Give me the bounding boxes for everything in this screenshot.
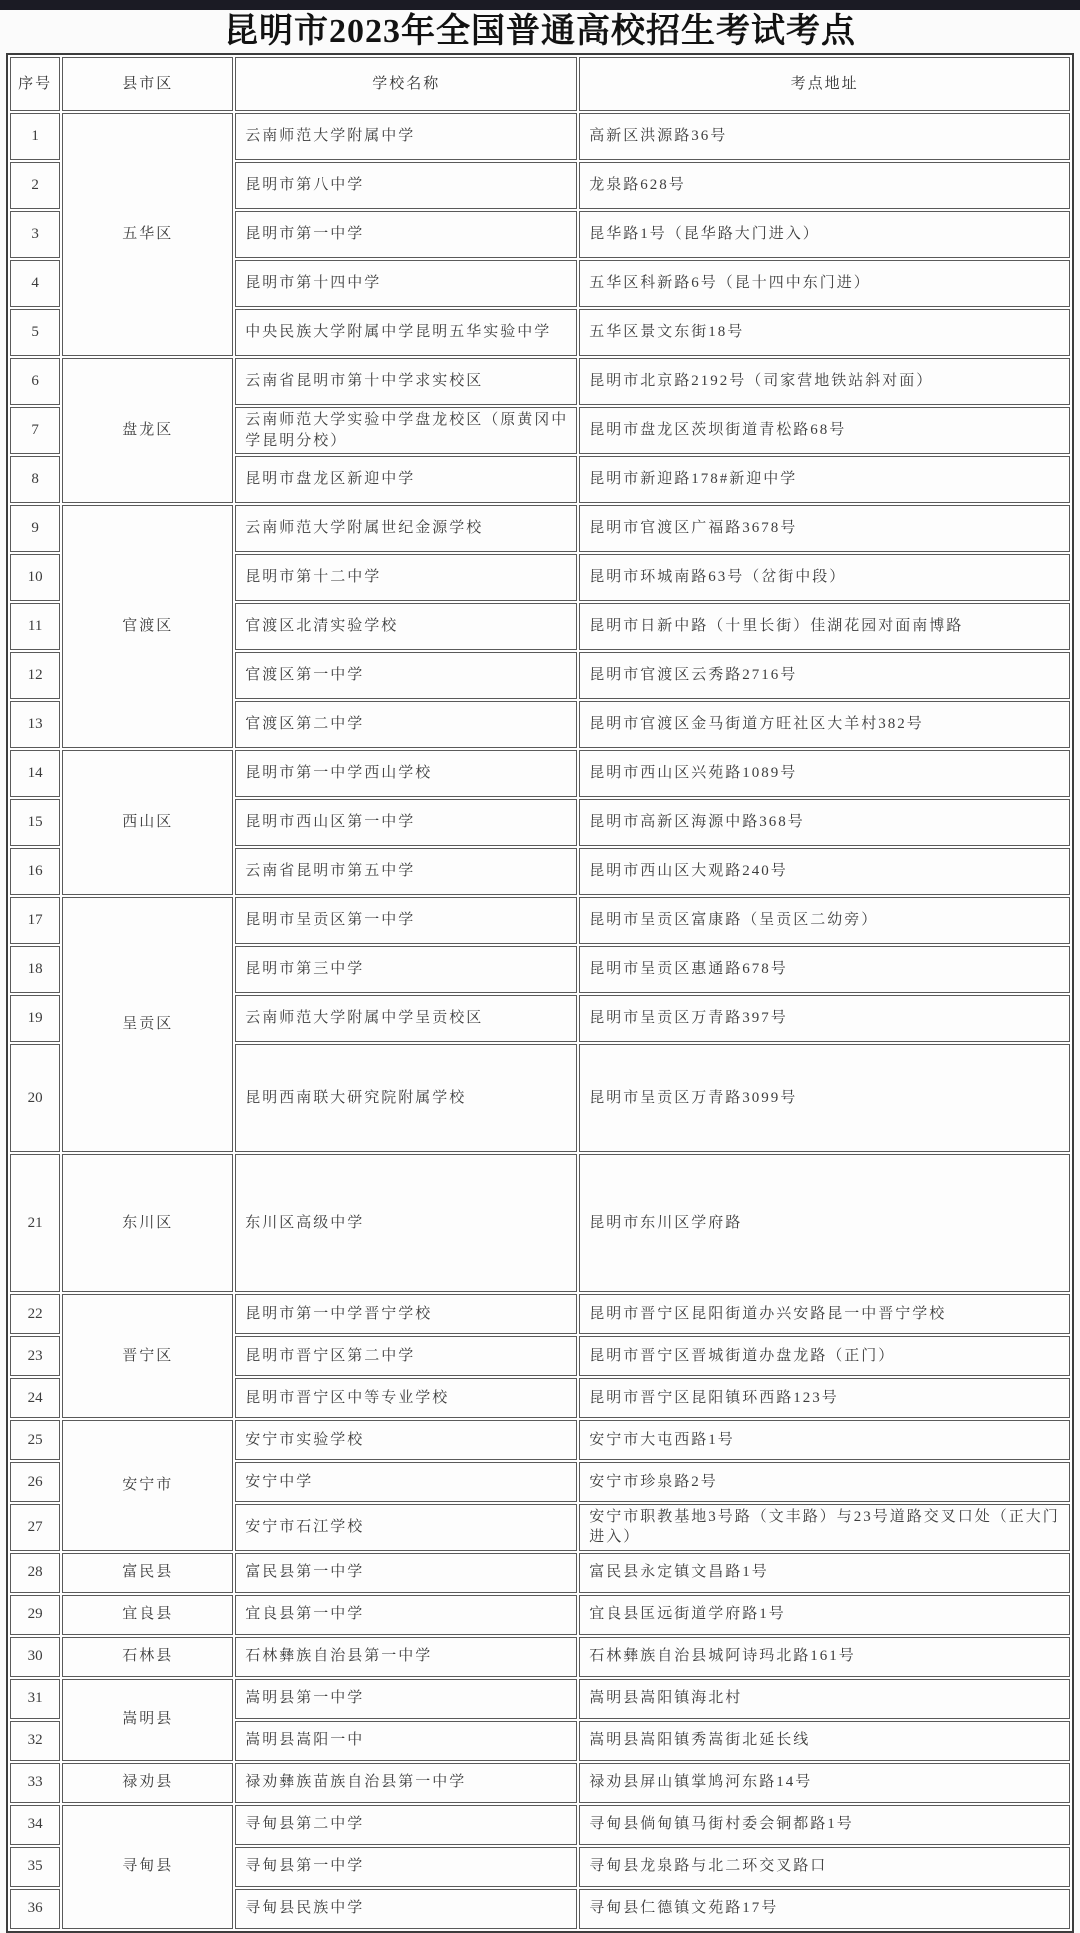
district-cell: 盘龙区: [62, 358, 233, 503]
serial-number-cell: 11: [10, 603, 60, 650]
address-cell: 龙泉路628号: [579, 162, 1070, 209]
district-cell: 东川区: [62, 1154, 233, 1292]
school-name-cell: 昆明市西山区第一中学: [235, 799, 577, 846]
district-cell: 五华区: [62, 113, 233, 356]
serial-number-cell: 19: [10, 995, 60, 1042]
table-row: 1五华区云南师范大学附属中学高新区洪源路36号: [10, 113, 1070, 160]
serial-number-cell: 31: [10, 1679, 60, 1719]
school-name-cell: 官渡区北清实验学校: [235, 603, 577, 650]
school-name-cell: 寻甸县民族中学: [235, 1889, 577, 1929]
address-cell: 昆明市西山区大观路240号: [579, 848, 1070, 895]
serial-number-cell: 21: [10, 1154, 60, 1292]
address-cell: 石林彝族自治县城阿诗玛北路161号: [579, 1637, 1070, 1677]
address-cell: 昆明市晋宁区昆阳街道办兴安路昆一中晋宁学校: [579, 1294, 1070, 1334]
district-cell: 嵩明县: [62, 1679, 233, 1761]
address-cell: 安宁市职教基地3号路（文丰路）与23号道路交叉口处（正大门进入）: [579, 1504, 1070, 1551]
district-cell: 呈贡区: [62, 897, 233, 1152]
table-row: 9官渡区云南师范大学附属世纪金源学校昆明市官渡区广福路3678号: [10, 505, 1070, 552]
school-name-cell: 东川区高级中学: [235, 1154, 577, 1292]
serial-number-cell: 7: [10, 407, 60, 454]
serial-number-cell: 2: [10, 162, 60, 209]
address-cell: 宜良县匡远街道学府路1号: [579, 1595, 1070, 1635]
serial-number-cell: 24: [10, 1378, 60, 1418]
exam-sites-page: 昆明市2023年全国普通高校招生考试考点 序号 县市区 学校名称 考点地址 1五…: [0, 0, 1080, 1933]
address-cell: 昆明市盘龙区茨坝街道青松路68号: [579, 407, 1070, 454]
school-name-cell: 官渡区第二中学: [235, 701, 577, 748]
school-name-cell: 石林彝族自治县第一中学: [235, 1637, 577, 1677]
serial-number-cell: 33: [10, 1763, 60, 1803]
school-name-cell: 宜良县第一中学: [235, 1595, 577, 1635]
district-cell: 寻甸县: [62, 1805, 233, 1929]
serial-number-cell: 32: [10, 1721, 60, 1761]
top-banner-strip: [0, 0, 1080, 10]
serial-number-cell: 15: [10, 799, 60, 846]
school-name-cell: 安宁市石江学校: [235, 1504, 577, 1551]
school-name-cell: 官渡区第一中学: [235, 652, 577, 699]
address-cell: 寻甸县龙泉路与北二环交叉路口: [579, 1847, 1070, 1887]
school-name-cell: 昆明市第十二中学: [235, 554, 577, 601]
address-cell: 昆明市官渡区云秀路2716号: [579, 652, 1070, 699]
table-row: 17呈贡区昆明市呈贡区第一中学昆明市呈贡区富康路（呈贡区二幼旁）: [10, 897, 1070, 944]
address-cell: 昆明市晋宁区晋城街道办盘龙路（正门）: [579, 1336, 1070, 1376]
school-name-cell: 云南省昆明市第十中学求实校区: [235, 358, 577, 405]
school-name-cell: 寻甸县第一中学: [235, 1847, 577, 1887]
school-name-cell: 嵩明县第一中学: [235, 1679, 577, 1719]
address-cell: 禄劝县屏山镇掌鸠河东路14号: [579, 1763, 1070, 1803]
address-cell: 昆明市新迎路178#新迎中学: [579, 456, 1070, 503]
address-cell: 昆明市呈贡区万青路3099号: [579, 1044, 1070, 1152]
school-name-cell: 云南师范大学附属世纪金源学校: [235, 505, 577, 552]
address-cell: 安宁市珍泉路2号: [579, 1462, 1070, 1502]
address-cell: 嵩明县嵩阳镇海北村: [579, 1679, 1070, 1719]
school-name-cell: 昆明市晋宁区中等专业学校: [235, 1378, 577, 1418]
address-cell: 昆明市北京路2192号（司家营地铁站斜对面）: [579, 358, 1070, 405]
school-name-cell: 昆明市盘龙区新迎中学: [235, 456, 577, 503]
address-cell: 五华区科新路6号（昆十四中东门进）: [579, 260, 1070, 307]
serial-number-cell: 18: [10, 946, 60, 993]
school-name-cell: 昆明市第一中学晋宁学校: [235, 1294, 577, 1334]
address-cell: 昆明市官渡区金马街道方旺社区大羊村382号: [579, 701, 1070, 748]
school-name-cell: 昆明市第一中学: [235, 211, 577, 258]
school-name-cell: 禄劝彝族苗族自治县第一中学: [235, 1763, 577, 1803]
serial-number-cell: 27: [10, 1504, 60, 1551]
header-school-name: 学校名称: [235, 57, 577, 111]
address-cell: 昆明市呈贡区富康路（呈贡区二幼旁）: [579, 897, 1070, 944]
district-cell: 官渡区: [62, 505, 233, 748]
serial-number-cell: 16: [10, 848, 60, 895]
district-cell: 禄劝县: [62, 1763, 233, 1803]
serial-number-cell: 34: [10, 1805, 60, 1845]
serial-number-cell: 17: [10, 897, 60, 944]
address-cell: 昆明市西山区兴苑路1089号: [579, 750, 1070, 797]
school-name-cell: 安宁市实验学校: [235, 1420, 577, 1460]
address-cell: 安宁市大屯西路1号: [579, 1420, 1070, 1460]
address-cell: 富民县永定镇文昌路1号: [579, 1553, 1070, 1593]
serial-number-cell: 1: [10, 113, 60, 160]
serial-number-cell: 29: [10, 1595, 60, 1635]
address-cell: 五华区景文东街18号: [579, 309, 1070, 356]
school-name-cell: 昆明市第一中学西山学校: [235, 750, 577, 797]
table-row: 25安宁市安宁市实验学校安宁市大屯西路1号: [10, 1420, 1070, 1460]
serial-number-cell: 9: [10, 505, 60, 552]
school-name-cell: 云南师范大学附属中学呈贡校区: [235, 995, 577, 1042]
serial-number-cell: 14: [10, 750, 60, 797]
school-name-cell: 昆明市晋宁区第二中学: [235, 1336, 577, 1376]
school-name-cell: 云南省昆明市第五中学: [235, 848, 577, 895]
serial-number-cell: 30: [10, 1637, 60, 1677]
table-row: 30石林县石林彝族自治县第一中学石林彝族自治县城阿诗玛北路161号: [10, 1637, 1070, 1677]
header-serial-number: 序号: [10, 57, 60, 111]
address-cell: 昆明市呈贡区惠通路678号: [579, 946, 1070, 993]
address-cell: 高新区洪源路36号: [579, 113, 1070, 160]
school-name-cell: 昆明市第八中学: [235, 162, 577, 209]
serial-number-cell: 6: [10, 358, 60, 405]
district-cell: 富民县: [62, 1553, 233, 1593]
school-name-cell: 昆明市呈贡区第一中学: [235, 897, 577, 944]
address-cell: 昆明市高新区海源中路368号: [579, 799, 1070, 846]
address-cell: 寻甸县倘甸镇马街村委会铜都路1号: [579, 1805, 1070, 1845]
table-body: 1五华区云南师范大学附属中学高新区洪源路36号2昆明市第八中学龙泉路628号3昆…: [10, 113, 1070, 1929]
header-address: 考点地址: [579, 57, 1070, 111]
exam-sites-table: 序号 县市区 学校名称 考点地址 1五华区云南师范大学附属中学高新区洪源路36号…: [6, 53, 1074, 1933]
school-name-cell: 云南师范大学附属中学: [235, 113, 577, 160]
school-name-cell: 云南师范大学实验中学盘龙校区（原黄冈中学昆明分校）: [235, 407, 577, 454]
school-name-cell: 中央民族大学附属中学昆明五华实验中学: [235, 309, 577, 356]
district-cell: 西山区: [62, 750, 233, 895]
table-row: 6盘龙区云南省昆明市第十中学求实校区昆明市北京路2192号（司家营地铁站斜对面）: [10, 358, 1070, 405]
serial-number-cell: 5: [10, 309, 60, 356]
serial-number-cell: 22: [10, 1294, 60, 1334]
school-name-cell: 昆明西南联大研究院附属学校: [235, 1044, 577, 1152]
school-name-cell: 安宁中学: [235, 1462, 577, 1502]
school-name-cell: 富民县第一中学: [235, 1553, 577, 1593]
table-row: 14西山区昆明市第一中学西山学校昆明市西山区兴苑路1089号: [10, 750, 1070, 797]
school-name-cell: 昆明市第十四中学: [235, 260, 577, 307]
address-cell: 昆明市东川区学府路: [579, 1154, 1070, 1292]
district-cell: 安宁市: [62, 1420, 233, 1551]
district-cell: 晋宁区: [62, 1294, 233, 1418]
table-row: 33禄劝县禄劝彝族苗族自治县第一中学禄劝县屏山镇掌鸠河东路14号: [10, 1763, 1070, 1803]
table-row: 31嵩明县嵩明县第一中学嵩明县嵩阳镇海北村: [10, 1679, 1070, 1719]
table-row: 22晋宁区昆明市第一中学晋宁学校昆明市晋宁区昆阳街道办兴安路昆一中晋宁学校: [10, 1294, 1070, 1334]
address-cell: 昆明市环城南路63号（岔街中段）: [579, 554, 1070, 601]
address-cell: 昆明市呈贡区万青路397号: [579, 995, 1070, 1042]
address-cell: 昆华路1号（昆华路大门进入）: [579, 211, 1070, 258]
serial-number-cell: 20: [10, 1044, 60, 1152]
serial-number-cell: 4: [10, 260, 60, 307]
address-cell: 昆明市日新中路（十里长街）佳湖花园对面南博路: [579, 603, 1070, 650]
serial-number-cell: 10: [10, 554, 60, 601]
address-cell: 昆明市官渡区广福路3678号: [579, 505, 1070, 552]
table-row: 28富民县富民县第一中学富民县永定镇文昌路1号: [10, 1553, 1070, 1593]
table-row: 21东川区东川区高级中学昆明市东川区学府路: [10, 1154, 1070, 1292]
address-cell: 昆明市晋宁区昆阳镇环西路123号: [579, 1378, 1070, 1418]
serial-number-cell: 3: [10, 211, 60, 258]
address-cell: 寻甸县仁德镇文苑路17号: [579, 1889, 1070, 1929]
serial-number-cell: 26: [10, 1462, 60, 1502]
serial-number-cell: 36: [10, 1889, 60, 1929]
serial-number-cell: 13: [10, 701, 60, 748]
serial-number-cell: 23: [10, 1336, 60, 1376]
header-row: 序号 县市区 学校名称 考点地址: [10, 57, 1070, 111]
address-cell: 嵩明县嵩阳镇秀嵩街北延长线: [579, 1721, 1070, 1761]
serial-number-cell: 25: [10, 1420, 60, 1460]
district-cell: 宜良县: [62, 1595, 233, 1635]
serial-number-cell: 12: [10, 652, 60, 699]
header-district: 县市区: [62, 57, 233, 111]
school-name-cell: 昆明市第三中学: [235, 946, 577, 993]
school-name-cell: 寻甸县第二中学: [235, 1805, 577, 1845]
table-header: 序号 县市区 学校名称 考点地址: [10, 57, 1070, 111]
school-name-cell: 嵩明县嵩阳一中: [235, 1721, 577, 1761]
serial-number-cell: 35: [10, 1847, 60, 1887]
table-row: 34寻甸县寻甸县第二中学寻甸县倘甸镇马街村委会铜都路1号: [10, 1805, 1070, 1845]
district-cell: 石林县: [62, 1637, 233, 1677]
table-row: 29宜良县宜良县第一中学宜良县匡远街道学府路1号: [10, 1595, 1070, 1635]
serial-number-cell: 8: [10, 456, 60, 503]
serial-number-cell: 28: [10, 1553, 60, 1593]
page-title: 昆明市2023年全国普通高校招生考试考点: [0, 12, 1080, 52]
